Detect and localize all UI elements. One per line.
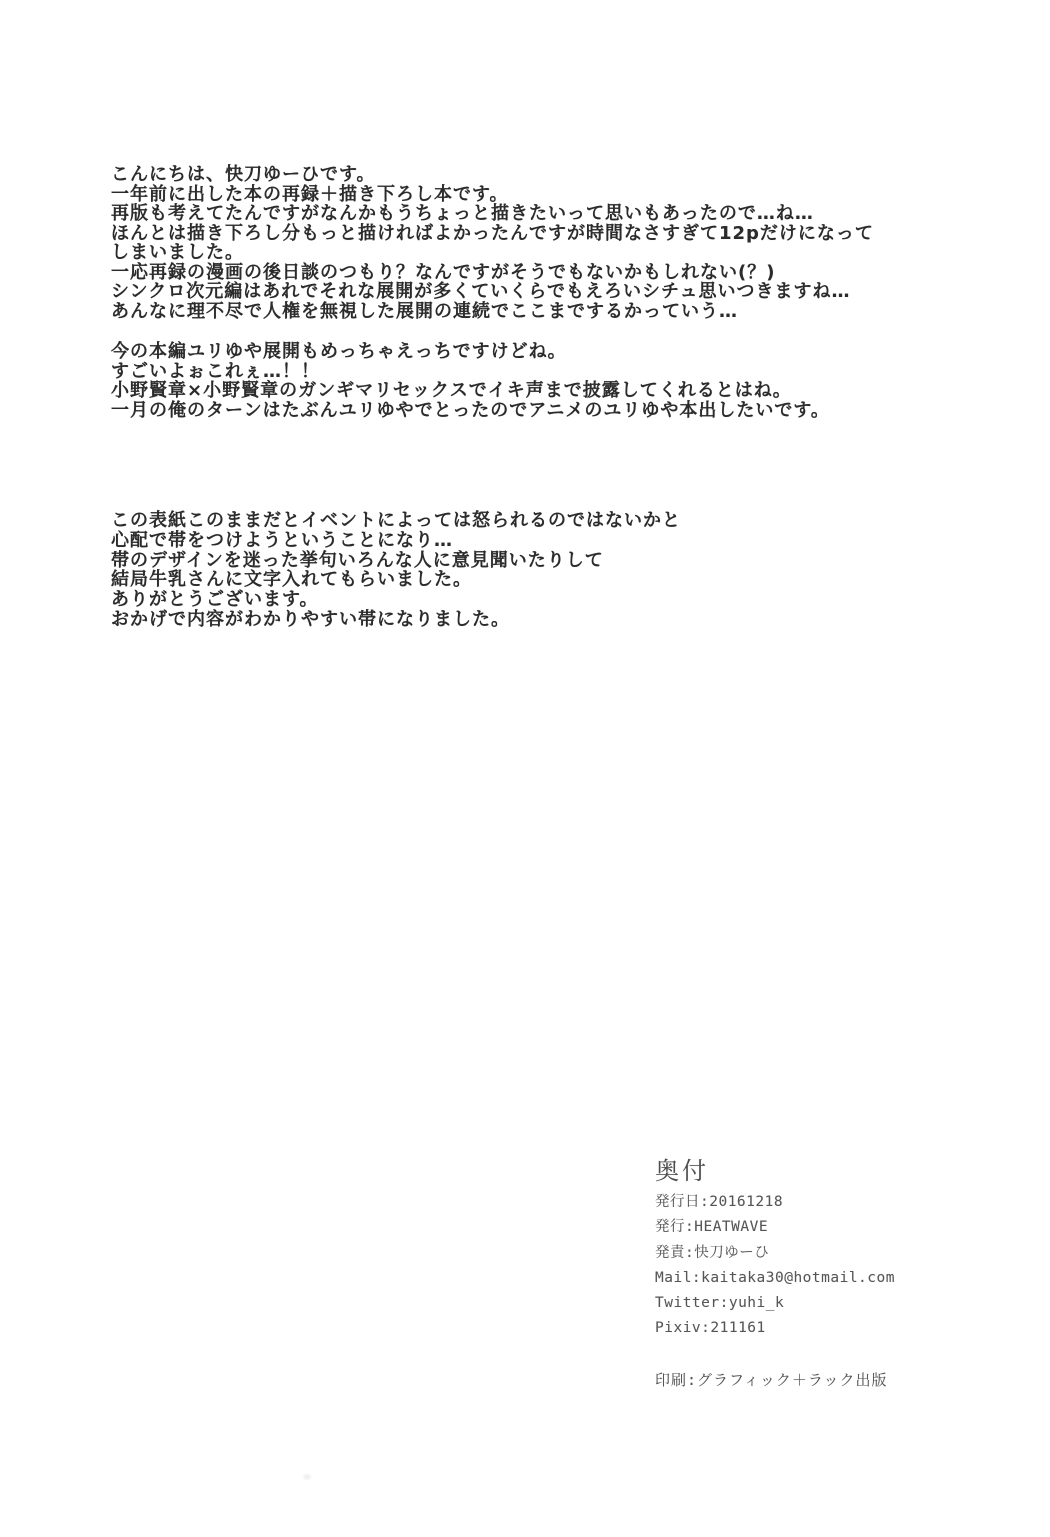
colophon-pixiv: Pixiv:211161 bbox=[655, 1316, 895, 1341]
colophon-title: 奥付 bbox=[655, 1151, 709, 1186]
obi-note-line: この表紙このままだとイベントによっては怒られるのではないかと bbox=[111, 511, 681, 531]
afterword-line: あんなに理不尽で人権を無視した展開の連続でここまでするかっていう… bbox=[111, 302, 874, 322]
obi-note-line: ありがとうございます。 bbox=[111, 590, 681, 610]
colophon-publisher: 発行:HEATWAVE bbox=[655, 1215, 895, 1240]
afterword-line: 再版も考えてたんですがなんかもうちょっと描きたいって思いもあったので…ね… bbox=[111, 204, 874, 224]
obi-note-line: 結局牛乳さんに文字入れてもらいました。 bbox=[111, 570, 681, 590]
afterword-line: シンクロ次元編はあれでそれな展開が多くていくらでもえろいシチュ思いつきますね… bbox=[111, 282, 874, 302]
obi-note-line: 帯のデザインを迷った挙句いろんな人に意見聞いたりして bbox=[111, 551, 681, 571]
afterword-line: 一月の俺のターンはたぶんユリゆやでとったのでアニメのユリゆや本出したいです。 bbox=[111, 401, 830, 421]
colophon-twitter: Twitter:yuhi_k bbox=[655, 1291, 895, 1316]
afterword-line: 今の本編ユリゆや展開もめっちゃえっちですけどね。 bbox=[111, 342, 830, 362]
afterword-line: こんにちは、快刀ゆーひです。 bbox=[111, 165, 874, 185]
colophon-publish-date: 発行日:20161218 bbox=[655, 1190, 895, 1215]
afterword-paragraph-1: こんにちは、快刀ゆーひです。 一年前に出した本の再録＋描き下ろし本です。 再版も… bbox=[111, 165, 874, 321]
afterword-line: 一年前に出した本の再録＋描き下ろし本です。 bbox=[111, 185, 874, 205]
colophon-author: 発責:快刀ゆーひ bbox=[655, 1241, 895, 1266]
obi-note-line: おかげで内容がわかりやすい帯になりました。 bbox=[111, 610, 681, 630]
afterword-line: すごいよぉこれぇ…！！ bbox=[111, 362, 830, 382]
colophon-entries: 発行日:20161218 発行:HEATWAVE 発責:快刀ゆーひ Mail:k… bbox=[655, 1190, 895, 1342]
obi-note-line: 心配で帯をつけようということになり… bbox=[111, 531, 681, 551]
afterword-line: ほんとは描き下ろし分もっと描ければよかったんですが時間なさすぎて12pだけになっ… bbox=[111, 224, 874, 244]
scan-speck bbox=[302, 1473, 312, 1481]
afterword-line: 小野賢章×小野賢章のガンギマリセックスでイキ声まで披露してくれるとはね。 bbox=[111, 381, 830, 401]
afterword-line: しまいました。 bbox=[111, 243, 874, 263]
colophon-printer: 印刷:グラフィック＋ラック出版 bbox=[655, 1369, 888, 1390]
afterword-line: 一応再録の漫画の後日談のつもり？なんですがそうでもないかもしれない(？) bbox=[111, 263, 874, 283]
obi-note-paragraph: この表紙このままだとイベントによっては怒られるのではないかと 心配で帯をつけよう… bbox=[111, 511, 681, 630]
afterword-paragraph-2: 今の本編ユリゆや展開もめっちゃえっちですけどね。 すごいよぉこれぇ…！！ 小野賢… bbox=[111, 342, 830, 420]
colophon-mail: Mail:kaitaka30@hotmail.com bbox=[655, 1266, 895, 1291]
scanned-afterword-page: こんにちは、快刀ゆーひです。 一年前に出した本の再録＋描き下ろし本です。 再版も… bbox=[0, 0, 1050, 1537]
